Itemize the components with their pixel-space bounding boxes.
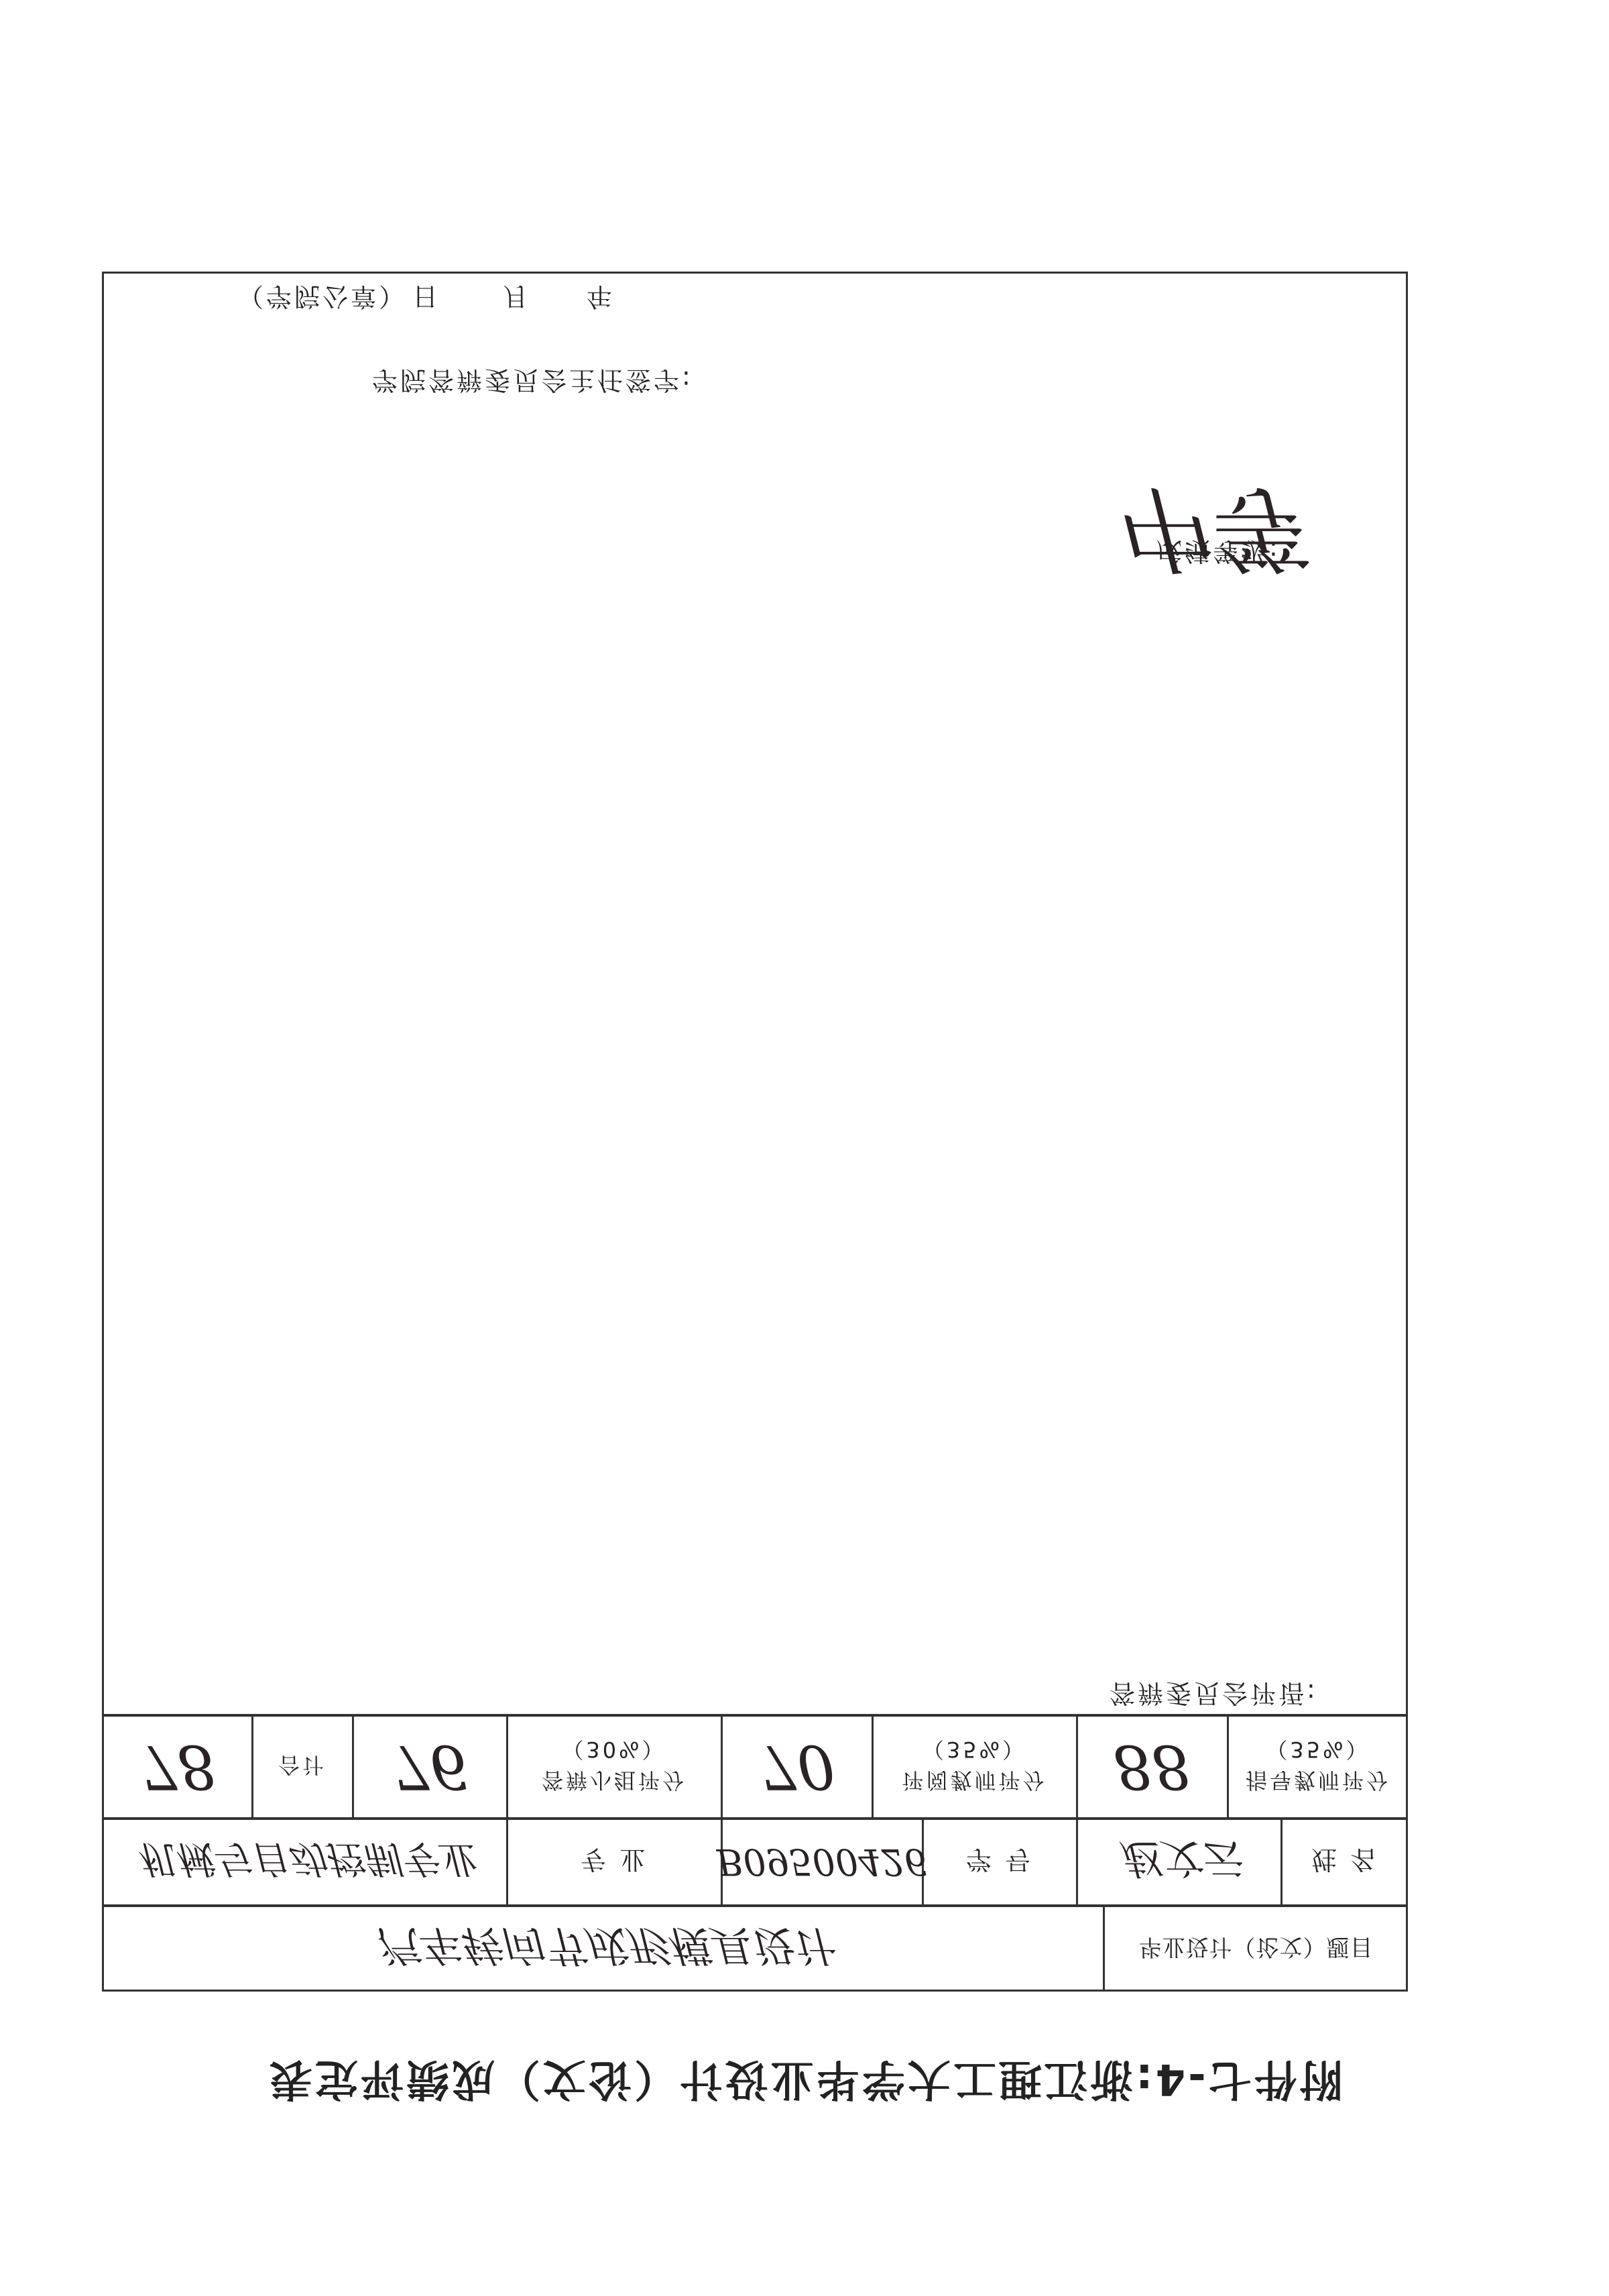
total-score: 78 bbox=[104, 1715, 251, 1817]
name-value: 赵文云 bbox=[1077, 1819, 1280, 1904]
major-value: 机械与自动控制专业 bbox=[104, 1819, 506, 1904]
name-label: 姓 名 bbox=[1282, 1819, 1408, 1904]
advisor-label: 指导教师评分（35%） bbox=[1228, 1715, 1408, 1817]
date-day: 日 bbox=[412, 280, 440, 317]
reviewer-score: 70 bbox=[722, 1715, 872, 1817]
seal-note: （学院公章） bbox=[238, 280, 407, 317]
grade-value: 中等 bbox=[1110, 468, 1297, 603]
major-label: 专 业 bbox=[508, 1819, 721, 1904]
thesis-title-value: 汽车转向节成形模具设计 bbox=[104, 1906, 1103, 1992]
date-month: 月 bbox=[503, 280, 531, 317]
defense-label: 答辩小组评分（30%） bbox=[508, 1715, 721, 1817]
evaluation-form: 答辩委员会评语: 成绩等级: 中等 学院答辩委员会主任签字: 年 月 日 （学院… bbox=[102, 272, 1408, 1992]
student-id-label: 学 号 bbox=[923, 1819, 1076, 1904]
date-year: 年 bbox=[587, 280, 615, 317]
total-label: 合计 bbox=[253, 1715, 352, 1817]
advisor-score: 88 bbox=[1077, 1715, 1227, 1817]
reviewer-label: 评阅教师评分（35%） bbox=[873, 1715, 1076, 1817]
student-id-value: B09500426 bbox=[722, 1819, 922, 1904]
thesis-title-label: 毕业设计（论文）题目 bbox=[1104, 1906, 1408, 1992]
committee-comment-label: 答辩委员会评语: bbox=[1110, 1677, 1318, 1714]
chair-signature-label: 学院答辩委员会主任签字: bbox=[372, 364, 693, 401]
defense-score: 76 bbox=[353, 1715, 506, 1817]
page-title: 附件七-4:浙江理工大学毕业设计（论文）成绩评定表 bbox=[0, 2052, 1609, 2114]
